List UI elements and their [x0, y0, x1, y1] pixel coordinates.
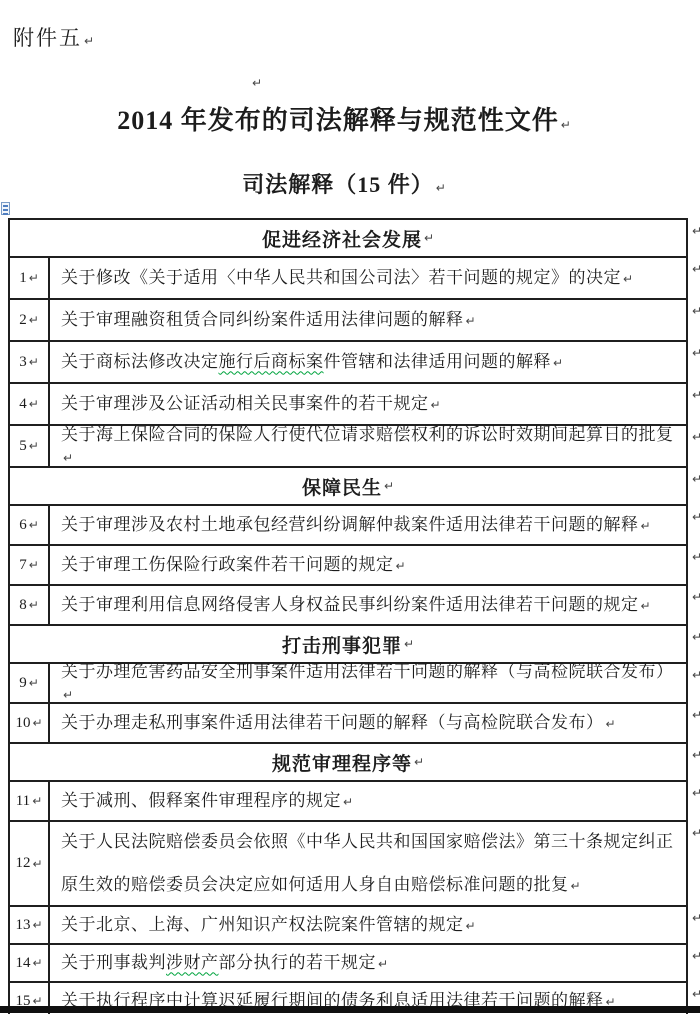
row-text-segment: 关于减刑、假释案件审理程序的规定 [61, 791, 341, 810]
doc-title: 2014 年发布的司法解释与规范性文件↵ [0, 100, 688, 137]
row-number: 1 [19, 270, 27, 287]
paragraph-mark-icon: ↵ [63, 688, 73, 702]
paragraph-mark-icon: ↵ [252, 76, 262, 90]
paragraph-mark-icon: ↵ [692, 668, 700, 682]
row-text-segment: 关于审理利用信息网络侵害人身权益民事纠纷案件适用法律若干问题的规定 [61, 595, 639, 614]
row-number: 10 [15, 715, 30, 732]
row-number-cell: 6↵ [10, 506, 50, 544]
row-text-cell: 关于审理涉及公证活动相关民事案件的若干规定↵ [50, 384, 686, 424]
section-header-row: 规范审理程序等↵↵ [10, 744, 686, 782]
table-anchor-icon [1, 202, 10, 215]
paragraph-mark-icon: ↵ [396, 559, 406, 573]
row-text: 关于办理走私刑事案件适用法律若干问题的解释（与高检院联合发布）↵ [61, 712, 616, 735]
table-row: 8↵关于审理利用信息网络侵害人身权益民事纠纷案件适用法律若干问题的规定↵↵ [10, 586, 686, 626]
row-text-segment: 部分执行的若干规定 [219, 953, 377, 972]
table-row: 13↵关于北京、上海、广州知识产权法院案件管辖的规定↵↵ [10, 907, 686, 945]
row-text: 关于北京、上海、广州知识产权法院案件管辖的规定↵ [61, 914, 476, 937]
paragraph-mark-icon: ↵ [692, 748, 700, 762]
row-text-cell: 关于刑事裁判涉财产部分执行的若干规定↵ [50, 945, 686, 981]
row-text-segment: 关于办理危害药品安全刑事案件适用法律若干问题的解释（与高检院联合发布） [61, 662, 674, 681]
row-number-cell: 1↵ [10, 258, 50, 298]
paragraph-mark-icon: ↵ [343, 795, 353, 809]
paragraph-mark-icon: ↵ [404, 637, 414, 651]
row-text-segment: 关于审理涉及公证活动相关民事案件的若干规定 [61, 394, 429, 413]
row-text-segment: 关于海上保险合同的保险人行使代位请求赔偿权利的诉讼时效期间起算日的批复 [61, 425, 674, 444]
paragraph-mark-icon: ↵ [436, 181, 446, 195]
paragraph-mark-icon: ↵ [692, 911, 700, 925]
paragraph-mark-icon: ↵ [29, 518, 39, 532]
row-number: 5 [19, 438, 27, 455]
row-text: 关于刑事裁判涉财产部分执行的若干规定↵ [61, 952, 388, 975]
table-row: 9↵关于办理危害药品安全刑事案件适用法律若干问题的解释（与高检院联合发布）↵↵ [10, 664, 686, 704]
row-text-cell: 关于办理走私刑事案件适用法律若干问题的解释（与高检院联合发布）↵ [50, 704, 686, 742]
row-text-cell: 关于办理危害药品安全刑事案件适用法律若干问题的解释（与高检院联合发布）↵ [50, 664, 686, 702]
table-row: 12↵关于人民法院赔偿委员会依照《中华人民共和国国家赔偿法》第三十条规定纠正 原… [10, 822, 686, 907]
paragraph-mark-icon: ↵ [692, 949, 700, 963]
section-header-text: 规范审理程序等 [272, 749, 412, 776]
table-row: 1↵关于修改《关于适用〈中华人民共和国公司法〉若干问题的规定》的决定↵↵ [10, 258, 686, 300]
section-header-text: 保障民生 [302, 473, 382, 500]
row-number-cell: 4↵ [10, 384, 50, 424]
table-row: 10↵关于办理走私刑事案件适用法律若干问题的解释（与高检院联合发布）↵↵ [10, 704, 686, 744]
row-number-cell: 9↵ [10, 664, 50, 702]
row-number: 6 [19, 517, 27, 534]
paragraph-mark-icon: ↵ [424, 231, 434, 245]
row-text: 关于审理工伤保险行政案件若干问题的规定↵ [61, 554, 406, 577]
paragraph-mark-icon: ↵ [692, 430, 700, 444]
paragraph-mark-icon: ↵ [692, 630, 700, 644]
paragraph-mark-icon: ↵ [692, 510, 700, 524]
row-number: 7 [19, 557, 27, 574]
row-text-cell: 关于海上保险合同的保险人行使代位请求赔偿权利的诉讼时效期间起算日的批复↵ [50, 426, 686, 466]
row-text-segment: 关于审理涉及农村土地承包经营纠纷调解仲裁案件适用法律若干问题的解释 [61, 515, 639, 534]
paragraph-mark-icon: ↵ [431, 398, 441, 412]
paragraph-mark-icon: ↵ [641, 519, 651, 533]
paragraph-mark-icon: ↵ [29, 397, 39, 411]
section-header-text: 打击刑事犯罪 [282, 631, 402, 658]
table-row: 4↵关于审理涉及公证活动相关民事案件的若干规定↵↵ [10, 384, 686, 426]
row-text-segment: 关于审理工伤保险行政案件若干问题的规定 [61, 555, 394, 574]
doc-title-text: 2014 年发布的司法解释与规范性文件 [117, 106, 559, 135]
row-text: 关于人民法院赔偿委员会依照《中华人民共和国国家赔偿法》第三十条规定纠正 原生效的… [61, 820, 674, 908]
table-row: 6↵关于审理涉及农村土地承包经营纠纷调解仲裁案件适用法律若干问题的解释↵↵ [10, 506, 686, 546]
paragraph-mark-icon: ↵ [29, 271, 39, 285]
paragraph-mark-icon: ↵ [692, 472, 700, 486]
row-text: 关于减刑、假释案件审理程序的规定↵ [61, 790, 353, 813]
paragraph-mark-icon: ↵ [692, 550, 700, 564]
row-number-cell: 12↵ [10, 822, 50, 905]
paragraph-mark-icon: ↵ [384, 479, 394, 493]
table-row: 5↵关于海上保险合同的保险人行使代位请求赔偿权利的诉讼时效期间起算日的批复↵↵ [10, 426, 686, 468]
paragraph-mark-icon: ↵ [692, 388, 700, 402]
row-number: 13 [15, 917, 30, 934]
row-text-segment: 关于修改《关于适用〈中华人民共和国公司法〉若干问题的规定》的决定 [61, 268, 621, 287]
row-number-cell: 8↵ [10, 586, 50, 624]
row-number-cell: 13↵ [10, 907, 50, 943]
table-row: 14↵关于刑事裁判涉财产部分执行的若干规定↵↵ [10, 945, 686, 983]
row-number: 14 [15, 955, 30, 972]
row-number: 12 [15, 855, 30, 872]
table-row: 2↵关于审理融资租赁合同纠纷案件适用法律问题的解释↵↵ [10, 300, 686, 342]
paragraph-mark-icon: ↵ [32, 956, 42, 970]
paragraph-mark-icon: ↵ [553, 356, 563, 370]
paragraph-mark-icon: ↵ [378, 957, 388, 971]
row-text-cell: 关于修改《关于适用〈中华人民共和国公司法〉若干问题的规定》的决定↵ [50, 258, 686, 298]
row-text: 关于审理利用信息网络侵害人身权益民事纠纷案件适用法律若干问题的规定↵ [61, 594, 651, 617]
row-text: 关于审理涉及农村土地承包经营纠纷调解仲裁案件适用法律若干问题的解释↵ [61, 514, 651, 537]
doc-subtitle-text: 司法解释（15 件） [242, 172, 434, 197]
paragraph-mark-icon: ↵ [641, 599, 651, 613]
row-text-segment: 关于北京、上海、广州知识产权法院案件管辖的规定 [61, 915, 464, 934]
paragraph-mark-icon: ↵ [63, 451, 73, 465]
paragraph-mark-icon: ↵ [692, 708, 700, 722]
row-text: 关于审理融资租赁合同纠纷案件适用法律问题的解释↵ [61, 309, 476, 332]
row-text-cell: 关于审理利用信息网络侵害人身权益民事纠纷案件适用法律若干问题的规定↵ [50, 586, 686, 624]
row-text-cell: 关于商标法修改决定施行后商标案件管辖和法律适用问题的解释↵ [50, 342, 686, 382]
paragraph-mark-icon: ↵ [29, 355, 39, 369]
row-text: 关于审理涉及公证活动相关民事案件的若干规定↵ [61, 393, 441, 416]
row-number-cell: 3↵ [10, 342, 50, 382]
row-text-segment: 关于人民法院赔偿委员会依照《中华人民共和国国家赔偿法》第三十条规定纠正 原生效的… [61, 832, 674, 894]
table-row: 7↵关于审理工伤保险行政案件若干问题的规定↵↵ [10, 546, 686, 586]
table-row: 3↵关于商标法修改决定施行后商标案件管辖和法律适用问题的解释↵↵ [10, 342, 686, 384]
section-header-text: 促进经济社会发展 [262, 225, 422, 252]
paragraph-mark-icon: ↵ [692, 346, 700, 360]
row-number: 2 [19, 312, 27, 329]
row-number-cell: 5↵ [10, 426, 50, 466]
paragraph-mark-icon: ↵ [692, 590, 700, 604]
section-header-row: 保障民生↵↵ [10, 468, 686, 506]
paragraph-mark-icon: ↵ [32, 794, 42, 808]
row-number-cell: 10↵ [10, 704, 50, 742]
paragraph-mark-icon: ↵ [606, 717, 616, 731]
spellcheck-wavy-underline: 涉财产 [166, 953, 219, 972]
row-text-segment: 关于商标法修改决定 [61, 352, 219, 371]
paragraph-mark-icon: ↵ [571, 879, 581, 893]
row-number-cell: 14↵ [10, 945, 50, 981]
row-text-segment: 关于办理走私刑事案件适用法律若干问题的解释（与高检院联合发布） [61, 713, 604, 732]
paragraph-mark-icon: ↵ [84, 34, 94, 48]
paragraph-mark-icon: ↵ [466, 314, 476, 328]
paragraph-mark-icon: ↵ [32, 918, 42, 932]
paragraph-mark-icon: ↵ [414, 755, 424, 769]
row-number-cell: 7↵ [10, 546, 50, 584]
attachment-label-text: 附件五 [13, 26, 82, 50]
row-text-cell: 关于审理融资租赁合同纠纷案件适用法律问题的解释↵ [50, 300, 686, 340]
table-row: 11↵关于减刑、假释案件审理程序的规定↵↵ [10, 782, 686, 822]
row-number: 4 [19, 396, 27, 413]
row-number: 9 [19, 675, 27, 692]
paragraph-mark-icon: ↵ [29, 439, 39, 453]
section-header-row: 打击刑事犯罪↵↵ [10, 626, 686, 664]
paragraph-mark-icon: ↵ [692, 987, 700, 1001]
paragraph-mark-icon: ↵ [32, 857, 42, 871]
row-text-segment: 件管辖和法律适用问题的解释 [324, 352, 552, 371]
attachment-label: 附件五↵ [13, 22, 94, 52]
paragraph-mark-icon: ↵ [623, 272, 633, 286]
row-text: 关于修改《关于适用〈中华人民共和国公司法〉若干问题的规定》的决定↵ [61, 267, 633, 290]
spellcheck-wavy-underline: 施行后商标案 [219, 352, 324, 371]
paragraph-mark-icon: ↵ [466, 919, 476, 933]
row-number-cell: 11↵ [10, 782, 50, 820]
row-text-cell: 关于人民法院赔偿委员会依照《中华人民共和国国家赔偿法》第三十条规定纠正 原生效的… [50, 822, 686, 905]
paragraph-mark-icon: ↵ [692, 304, 700, 318]
paragraph-mark-icon: ↵ [29, 598, 39, 612]
row-text-segment: 关于审理融资租赁合同纠纷案件适用法律问题的解释 [61, 310, 464, 329]
row-text-segment: 关于刑事裁判 [61, 953, 166, 972]
section-header-row: 促进经济社会发展↵↵ [10, 220, 686, 258]
row-text-cell: 关于审理涉及农村土地承包经营纠纷调解仲裁案件适用法律若干问题的解释↵ [50, 506, 686, 544]
row-number: 8 [19, 597, 27, 614]
row-text: 关于海上保险合同的保险人行使代位请求赔偿权利的诉讼时效期间起算日的批复↵ [61, 424, 682, 469]
paragraph-mark-icon: ↵ [29, 558, 39, 572]
row-number: 3 [19, 354, 27, 371]
paragraph-mark-icon: ↵ [692, 224, 700, 238]
paragraph-mark-icon: ↵ [692, 262, 700, 276]
row-text: 关于办理危害药品安全刑事案件适用法律若干问题的解释（与高检院联合发布）↵ [61, 661, 682, 706]
row-text-cell: 关于审理工伤保险行政案件若干问题的规定↵ [50, 546, 686, 584]
page-bottom-edge [0, 1006, 700, 1013]
row-text-cell: 关于北京、上海、广州知识产权法院案件管辖的规定↵ [50, 907, 686, 943]
row-text-cell: 关于减刑、假释案件审理程序的规定↵ [50, 782, 686, 820]
row-number-cell: 2↵ [10, 300, 50, 340]
paragraph-mark-icon: ↵ [692, 786, 700, 800]
paragraph-mark-icon: ↵ [561, 118, 571, 132]
judicial-interpretations-table: 促进经济社会发展↵↵1↵关于修改《关于适用〈中华人民共和国公司法〉若干问题的规定… [8, 218, 688, 1014]
paragraph-mark-icon: ↵ [29, 313, 39, 327]
row-number: 11 [16, 793, 30, 810]
document-page: 附件五↵ ↵ 2014 年发布的司法解释与规范性文件↵ 司法解释（15 件）↵ … [0, 0, 700, 1014]
paragraph-mark-icon: ↵ [32, 716, 42, 730]
paragraph-mark-icon: ↵ [29, 676, 39, 690]
doc-subtitle: 司法解释（15 件）↵ [0, 168, 688, 199]
row-text: 关于商标法修改决定施行后商标案件管辖和法律适用问题的解释↵ [61, 351, 563, 374]
paragraph-mark-icon: ↵ [692, 826, 700, 840]
